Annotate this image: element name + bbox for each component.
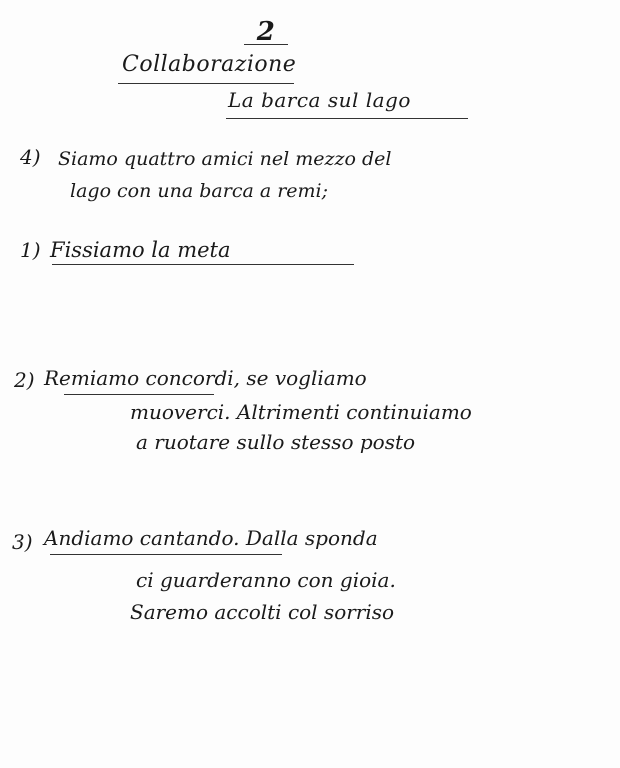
- point-1-line: Fissiamo la meta: [50, 238, 231, 262]
- point-2-line: Remiamo concordi, se vogliamo: [44, 366, 367, 390]
- page-subtitle: La barca sul lago: [228, 88, 411, 112]
- point-3-line: Andiamo cantando. Dalla sponda: [44, 526, 378, 550]
- point-1-underline: [52, 264, 354, 265]
- title-underline: [118, 83, 294, 84]
- subtitle-underline: [226, 118, 468, 119]
- point-1-marker: 1): [20, 238, 41, 262]
- page-title: Collaborazione: [122, 52, 296, 77]
- intro-marker: 4): [20, 145, 41, 169]
- point-3-line: Saremo accolti col sorriso: [130, 600, 394, 624]
- intro-line: lago con una barca a remi;: [70, 180, 328, 202]
- handwritten-page: 2 Collaborazione La barca sul lago 4) Si…: [0, 0, 620, 768]
- point-2-underline: [64, 394, 214, 395]
- point-3-marker: 3): [12, 530, 33, 554]
- point-2-marker: 2): [14, 368, 35, 392]
- point-2-line: muoverci. Altrimenti continuiamo: [130, 400, 472, 424]
- point-3-underline: [50, 554, 282, 555]
- point-2-line: a ruotare sullo stesso posto: [136, 430, 415, 454]
- page-number: 2: [244, 20, 288, 45]
- intro-line: Siamo quattro amici nel mezzo del: [58, 148, 392, 170]
- point-3-line: ci guarderanno con gioia.: [136, 568, 396, 592]
